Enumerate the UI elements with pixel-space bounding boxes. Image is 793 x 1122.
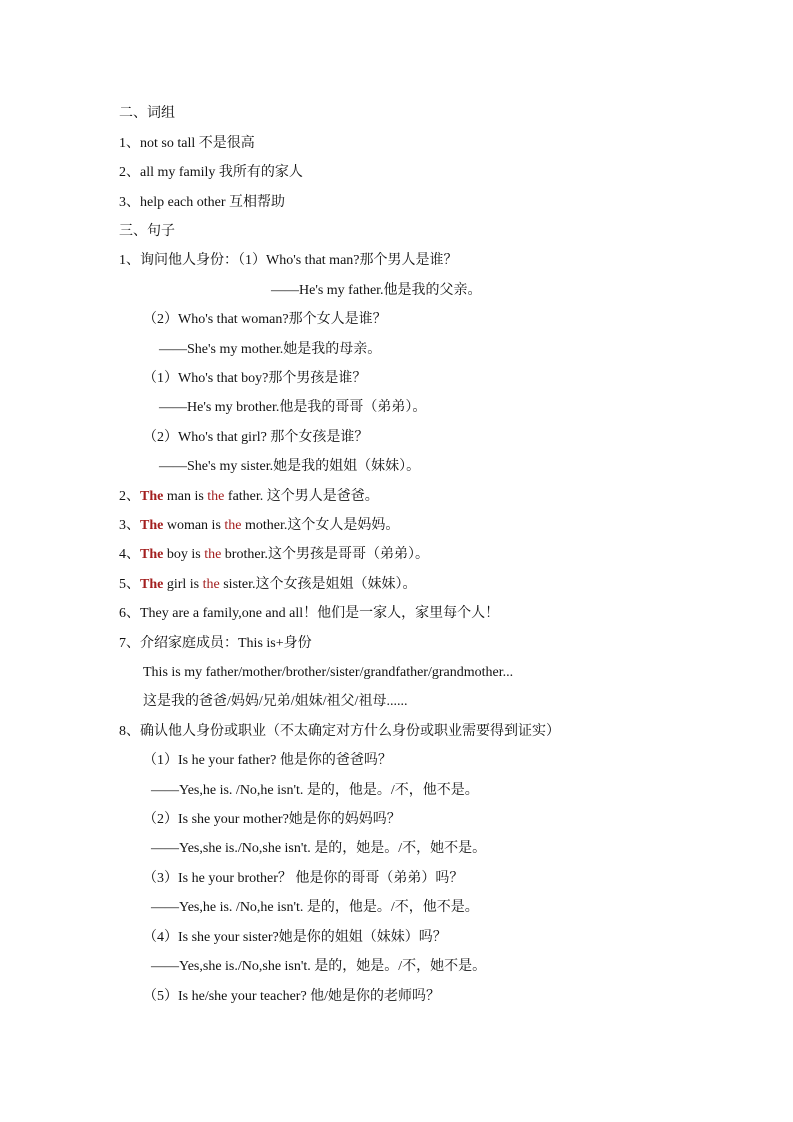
item-number: 5、 [119, 577, 140, 592]
sentence-item-6: 6、They are a family,one and all！他们是一家人，家… [119, 605, 499, 623]
item-number: 2、 [119, 489, 140, 504]
sentence-answer: ——He's my brother.他是我的哥哥（弟弟）。 [159, 399, 426, 417]
sentence-item-7-chinese: 这是我的爸爸/妈妈/兄弟/姐妹/祖父/祖母...... [143, 693, 407, 711]
sentence-answer: ——Yes,he is. /No,he isn't. 是的，他是。/不，他不是。 [151, 899, 479, 917]
phrase-item: 3、help each other 互相帮助 [119, 194, 285, 212]
section-heading-sentences: 三、句子 [119, 223, 175, 241]
section-heading-phrases: 二、词组 [119, 105, 175, 123]
the-sentence: 5、The girl is the sister.这个女孩是姐姐（妹妹）。 [119, 576, 417, 594]
sentence-item-8-title: 8、确认他人身份或职业（不太确定对方什么身份或职业需要得到证实） [119, 723, 560, 741]
sentence-rest: father. 这个男人是爸爸。 [224, 489, 378, 504]
sentence-answer: ——Yes,she is./No,she isn't. 是的，她是。/不，她不是… [151, 840, 486, 858]
sentence-question: （2）Is she your mother?她是你的妈妈吗？ [143, 811, 401, 829]
highlight-the-capital: The [140, 577, 163, 592]
sentence-question: 1、询问他人身份：（1）Who's that man?那个男人是谁？ [119, 252, 458, 270]
item-number: 4、 [119, 547, 140, 562]
highlight-the: the [207, 489, 224, 504]
item-number: 3、 [119, 518, 140, 533]
sentence-answer: ——She's my mother.她是我的母亲。 [159, 341, 381, 359]
sentence-middle: boy is [163, 547, 204, 562]
sentence-rest: sister.这个女孩是姐姐（妹妹）。 [220, 577, 417, 592]
the-sentence: 4、The boy is the brother.这个男孩是哥哥（弟弟）。 [119, 546, 429, 564]
sentence-question: （5）Is he/she your teacher? 他/她是你的老师吗？ [143, 988, 440, 1006]
sentence-rest: mother.这个女人是妈妈。 [242, 518, 400, 533]
sentence-question: （1）Who's that boy?那个男孩是谁？ [143, 370, 366, 388]
sentence-answer: ——Yes,he is. /No,he isn't. 是的，他是。/不，他不是。 [151, 782, 479, 800]
sentence-question: （2）Who's that girl? 那个女孩是谁？ [143, 429, 368, 447]
phrase-item: 2、all my family 我所有的家人 [119, 164, 303, 182]
highlight-the: the [204, 547, 221, 562]
sentence-item-7-english: This is my father/mother/brother/sister/… [143, 664, 513, 682]
highlight-the-capital: The [140, 518, 163, 533]
sentence-rest: brother.这个男孩是哥哥（弟弟）。 [221, 547, 429, 562]
highlight-the: the [224, 518, 241, 533]
sentence-middle: man is [163, 489, 207, 504]
the-sentence: 2、The man is the father. 这个男人是爸爸。 [119, 488, 379, 506]
sentence-item-7-title: 7、介绍家庭成员：This is+身份 [119, 635, 312, 653]
document-page: 二、词组 1、not so tall 不是很高 2、all my family … [0, 0, 793, 1122]
sentence-answer: ——She's my sister.她是我的姐姐（妹妹）。 [159, 458, 420, 476]
highlight-the: the [203, 577, 220, 592]
phrase-item: 1、not so tall 不是很高 [119, 135, 255, 153]
the-sentence: 3、The woman is the mother.这个女人是妈妈。 [119, 517, 399, 535]
highlight-the-capital: The [140, 489, 163, 504]
sentence-question: （4）Is she your sister?她是你的姐姐（妹妹）吗？ [143, 929, 447, 947]
sentence-answer: ——He's my father.他是我的父亲。 [271, 282, 482, 300]
sentence-middle: woman is [163, 518, 224, 533]
highlight-the-capital: The [140, 547, 163, 562]
sentence-middle: girl is [163, 577, 202, 592]
sentence-question: （3）Is he your brother？ 他是你的哥哥（弟弟）吗？ [143, 870, 463, 888]
sentence-question: （2）Who's that woman?那个女人是谁？ [143, 311, 387, 329]
sentence-answer: ——Yes,she is./No,she isn't. 是的，她是。/不，她不是… [151, 958, 486, 976]
sentence-question: （1）Is he your father? 他是你的爸爸吗？ [143, 752, 392, 770]
